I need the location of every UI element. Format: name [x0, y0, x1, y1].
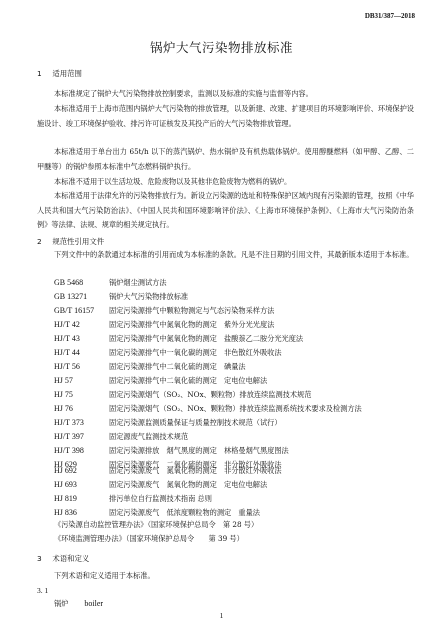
section-1-heading: 1 适用范围 [37, 68, 82, 79]
reference-code: HJ/T 56 [54, 362, 109, 371]
reference-title: 固定污染源排气中氮氧化物的测定 盐酸萘乙二胺分光光度法 [109, 334, 303, 344]
reference-title: 固定污染源排气中氮氧化物的测定 紫外分光光度法 [109, 320, 274, 330]
reference-code: HJ 819 [54, 494, 109, 503]
reference-title: 固定污染源烟气（SO₂、NOx、颗粒物）排放连续监测系统技术要求及检测方法 [109, 404, 362, 414]
reference-row: HJ/T 398固定污染源排放 烟气黑度的测定 林格曼烟气黑度图法 [54, 446, 289, 456]
reference-title: 固定污染源废气 低浓度颗粒物的测定 重量法 [109, 508, 260, 518]
reference-title: 锅炉烟尘测试方法 [109, 278, 167, 288]
term-entry: 锅炉boiler [54, 599, 103, 609]
paragraph: 下列文件中的条款通过本标准的引用而成为本标准的条款。凡是不注日期的引用文件，其最… [37, 248, 414, 263]
reference-row: HJ/T 373固定污染源监测质量保证与质量控制技术规范（试行） [54, 418, 282, 428]
reference-row: HJ/T 43固定污染源排气中氮氧化物的测定 盐酸萘乙二胺分光光度法 [54, 334, 303, 344]
section-number: 3 [37, 554, 50, 563]
reference-title: 固定污染源废气 氮氧化物的测定 定电位电解法 [109, 480, 267, 490]
section-3-heading: 3 术语和定义 [37, 553, 89, 564]
reference-title: 固定污染源烟气（SO₂、NOx、颗粒物）排放连续监测技术规范 [109, 390, 311, 400]
reference-row: GB 13271锅炉大气污染物排放标准 [54, 292, 188, 302]
section-number: 1 [37, 69, 50, 78]
section-title: 适用范围 [52, 69, 82, 78]
reference-title: 固定污染源排气中一氧化碳的测定 非色散红外吸收法 [109, 348, 282, 358]
reference-code: HJ 76 [54, 404, 109, 413]
reference-code: GB 13271 [54, 292, 109, 301]
reference-title: 固定污染源排放 烟气黑度的测定 林格曼烟气黑度图法 [109, 446, 289, 456]
reference-title: 排污单位自行监测技术指南 总则 [109, 494, 212, 504]
reference-code: HJ/T 42 [54, 320, 109, 329]
reference-row: HJ 819排污单位自行监测技术指南 总则 [54, 494, 212, 504]
reference-row: HJ/T 397固定源废气监测技术规范 [54, 432, 188, 442]
regulation-citation: 《污染源自动监控管理办法》（国家环境保护总局令 第 28 号） [54, 520, 258, 530]
section-2-heading: 2 规范性引用文件 [37, 236, 104, 247]
reference-title: 固定污染源排气中二氧化硫的测定 碘量法 [109, 362, 246, 372]
reference-title: 固定污染源排气中二氧化硫的测定 定电位电解法 [109, 376, 267, 386]
reference-row: HJ 76固定污染源烟气（SO₂、NOx、颗粒物）排放连续监测系统技术要求及检测… [54, 404, 362, 414]
reference-row: HJ/T 42固定污染源排气中氮氧化物的测定 紫外分光光度法 [54, 320, 274, 330]
reference-code: HJ 692 [54, 466, 109, 475]
reference-row: HJ 693固定污染源废气 氮氧化物的测定 定电位电解法 [54, 480, 267, 490]
paragraph: 本标准适用于上海市范围内锅炉大气污染物的排放管理，以及新建、改建、扩建项目的环境… [37, 102, 414, 131]
regulation-citation: 《环境监测管理办法》（国家环境保护总局令 第 39 号） [54, 534, 244, 544]
standard-code: DB31/387—2018 [365, 12, 415, 20]
reference-code: HJ/T 44 [54, 348, 109, 357]
document-title: 锅炉大气污染物排放标准 [0, 38, 443, 56]
reference-row: HJ/T 44固定污染源排气中一氧化碳的测定 非色散红外吸收法 [54, 348, 282, 358]
section-number: 2 [37, 237, 50, 246]
page-number: 1 [0, 611, 443, 620]
term-chinese: 锅炉 [54, 599, 68, 608]
paragraph: 下列术语和定义适用于本标准。 [37, 569, 414, 584]
reference-title: 固定污染源排气中颗粒物测定与气态污染物采样方法 [109, 306, 274, 316]
reference-row: GB 5468锅炉烟尘测试方法 [54, 278, 167, 288]
reference-row: HJ 57固定污染源排气中二氧化硫的测定 定电位电解法 [54, 376, 267, 386]
reference-row: HJ 75固定污染源烟气（SO₂、NOx、颗粒物）排放连续监测技术规范 [54, 390, 311, 400]
paragraph: 本标准规定了锅炉大气污染物排放控制要求，监测以及标准的实施与监督等内容。 [37, 87, 414, 102]
reference-code: HJ 75 [54, 390, 109, 399]
clause-number: 3. 1 [37, 586, 48, 595]
reference-code: HJ/T 397 [54, 432, 109, 441]
paragraph: 本标准不适用于以生活垃圾、危险废物以及其他非危险废物为燃料的锅炉。 [37, 175, 414, 190]
reference-code: GB/T 16157 [54, 306, 109, 315]
reference-code: HJ/T 398 [54, 446, 109, 455]
paragraph: 本标准适用于法律允许的污染物排放行为。新设立污染源的选址和特殊保护区域内现有污染… [37, 189, 414, 233]
reference-code: HJ/T 373 [54, 418, 109, 427]
paragraph: 本标准适用于单台出力 65t/h 以下的蒸汽锅炉、热水锅炉及有机热载体锅炉。使用… [37, 145, 414, 174]
reference-title: 锅炉大气污染物排放标准 [109, 292, 188, 302]
reference-code: GB 5468 [54, 278, 109, 287]
reference-row: HJ 692固定污染源废气 氮氧化物的测定 非分散红外吸收法 [54, 466, 282, 476]
reference-code: HJ 57 [54, 376, 109, 385]
term-english: boiler [84, 599, 103, 608]
reference-code: HJ/T 43 [54, 334, 109, 343]
section-title: 规范性引用文件 [52, 237, 104, 246]
reference-title: 固定源废气监测技术规范 [109, 432, 188, 442]
reference-title: 固定污染源废气 氮氧化物的测定 非分散红外吸收法 [109, 466, 282, 476]
section-title: 术语和定义 [52, 554, 89, 563]
reference-title: 固定污染源监测质量保证与质量控制技术规范（试行） [109, 418, 282, 428]
reference-row: GB/T 16157固定污染源排气中颗粒物测定与气态污染物采样方法 [54, 306, 274, 316]
reference-row: HJ 836固定污染源废气 低浓度颗粒物的测定 重量法 [54, 508, 260, 518]
reference-code: HJ 836 [54, 508, 109, 517]
reference-row: HJ/T 56固定污染源排气中二氧化硫的测定 碘量法 [54, 362, 246, 372]
reference-code: HJ 693 [54, 480, 109, 489]
